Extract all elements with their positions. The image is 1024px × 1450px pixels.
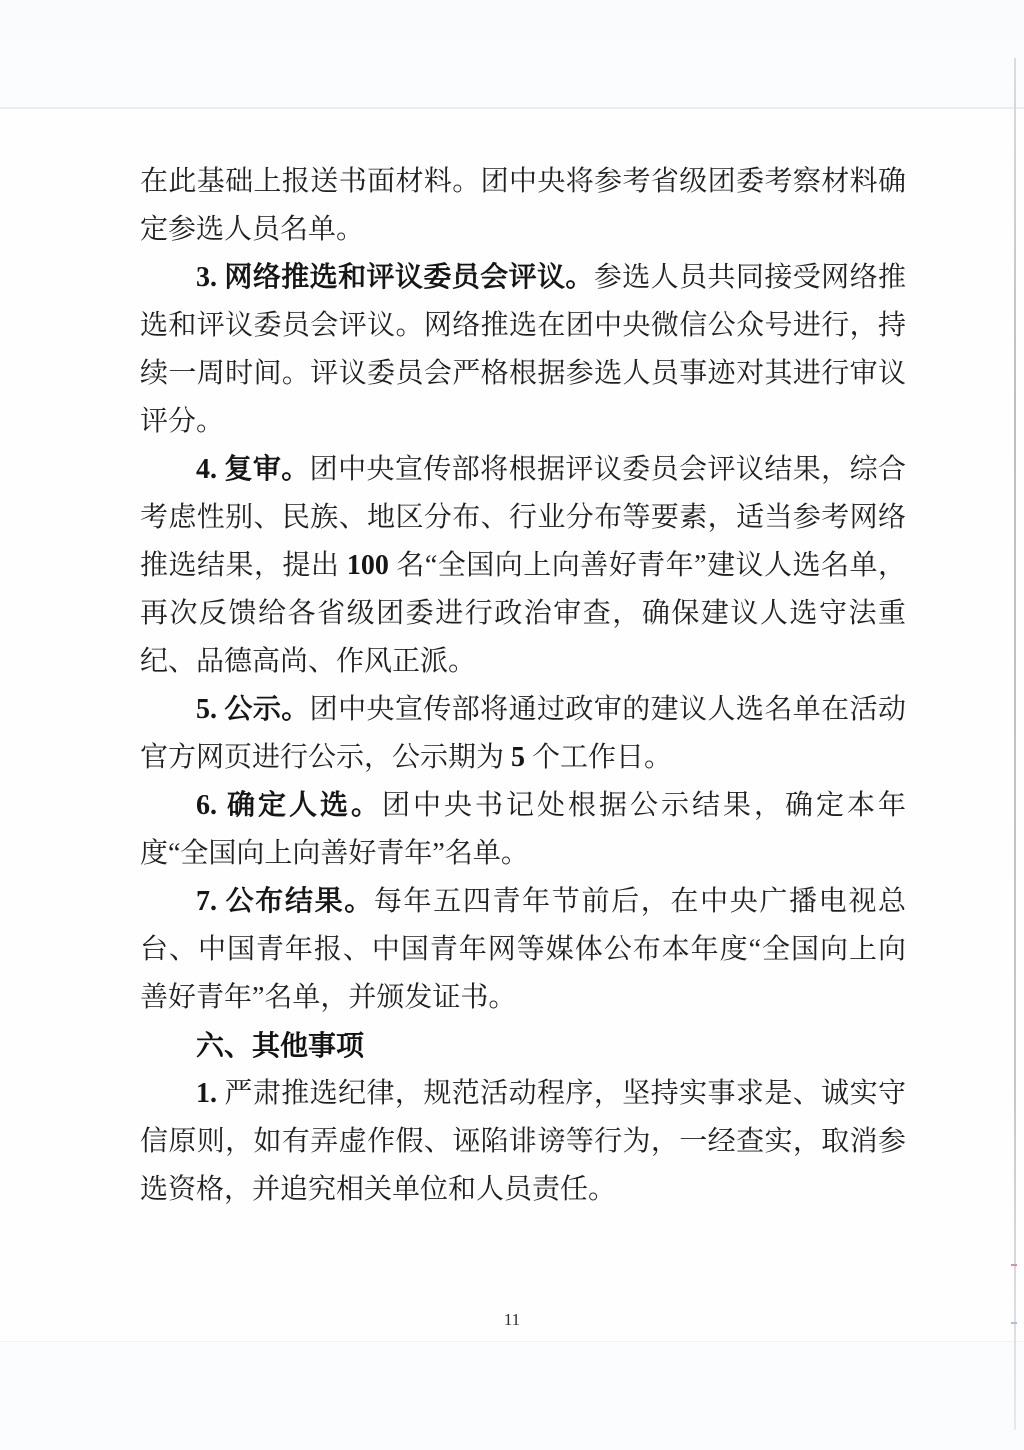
text-run-bold: 6. 确定人选。	[196, 790, 382, 821]
document-page: 在此基础上报送书面材料。团中央将参考省级团委考察材料确定参选人员名单。 3. 网…	[0, 0, 1024, 1450]
paragraph-item-3: 3. 网络推选和评议委员会评议。参选人员共同接受网络推选和评议委员会评议。网络推…	[140, 254, 906, 446]
text-run-bold: 100	[347, 550, 389, 581]
scan-artifact-top-line	[0, 107, 1024, 109]
text-run-bold: 3. 网络推选和评议委员会评议。	[196, 262, 594, 293]
text-run-bold: 5	[511, 742, 525, 773]
text-run: 严肃推选纪律，规范活动程序，坚持实事求是、诚实守信原则，如有弄虚作假、诬陷诽谤等…	[140, 1078, 906, 1205]
scan-artifact-top-band	[0, 0, 1024, 107]
text-run-bold: 1.	[196, 1078, 224, 1109]
paragraph-item-7: 7. 公布结果。每年五四青年节前后，在中央广播电视总台、中国青年报、中国青年网等…	[140, 878, 906, 1022]
text-run: 在此基础上报送书面材料。团中央将参考省级团委考察材料确定参选人员名单。	[140, 166, 906, 245]
text-run-bold: 4. 复审。	[196, 454, 310, 485]
text-run-bold: 7. 公布结果。	[196, 886, 374, 917]
scan-artifact-tick	[1011, 1264, 1017, 1266]
paragraph-item-5: 5. 公示。团中央宣传部将通过政审的建议人选名单在活动官方网页进行公示，公示期为…	[140, 686, 906, 782]
text-block: 在此基础上报送书面材料。团中央将参考省级团委考察材料确定参选人员名单。 3. 网…	[140, 158, 906, 1214]
paragraph-item-6: 6. 确定人选。团中央书记处根据公示结果，确定本年度“全国向上向善好青年”名单。	[140, 782, 906, 878]
text-run-bold: 5. 公示。	[196, 694, 310, 725]
section-heading: 六、其他事项	[140, 1022, 906, 1070]
paragraph-continuation: 在此基础上报送书面材料。团中央将参考省级团委考察材料确定参选人员名单。	[140, 158, 906, 254]
text-run: 个工作日。	[525, 742, 672, 773]
paragraph-item-1: 1. 严肃推选纪律，规范活动程序，坚持实事求是、诚实守信原则，如有弄虚作假、诬陷…	[140, 1070, 906, 1214]
paragraph-item-4: 4. 复审。团中央宣传部将根据评议委员会评议结果，综合考虑性别、民族、地区分布、…	[140, 446, 906, 686]
scan-artifact-right-edge-line	[1014, 58, 1016, 1430]
page-number: 11	[0, 1308, 1024, 1332]
scan-artifact-bottom-band	[0, 1342, 1024, 1450]
